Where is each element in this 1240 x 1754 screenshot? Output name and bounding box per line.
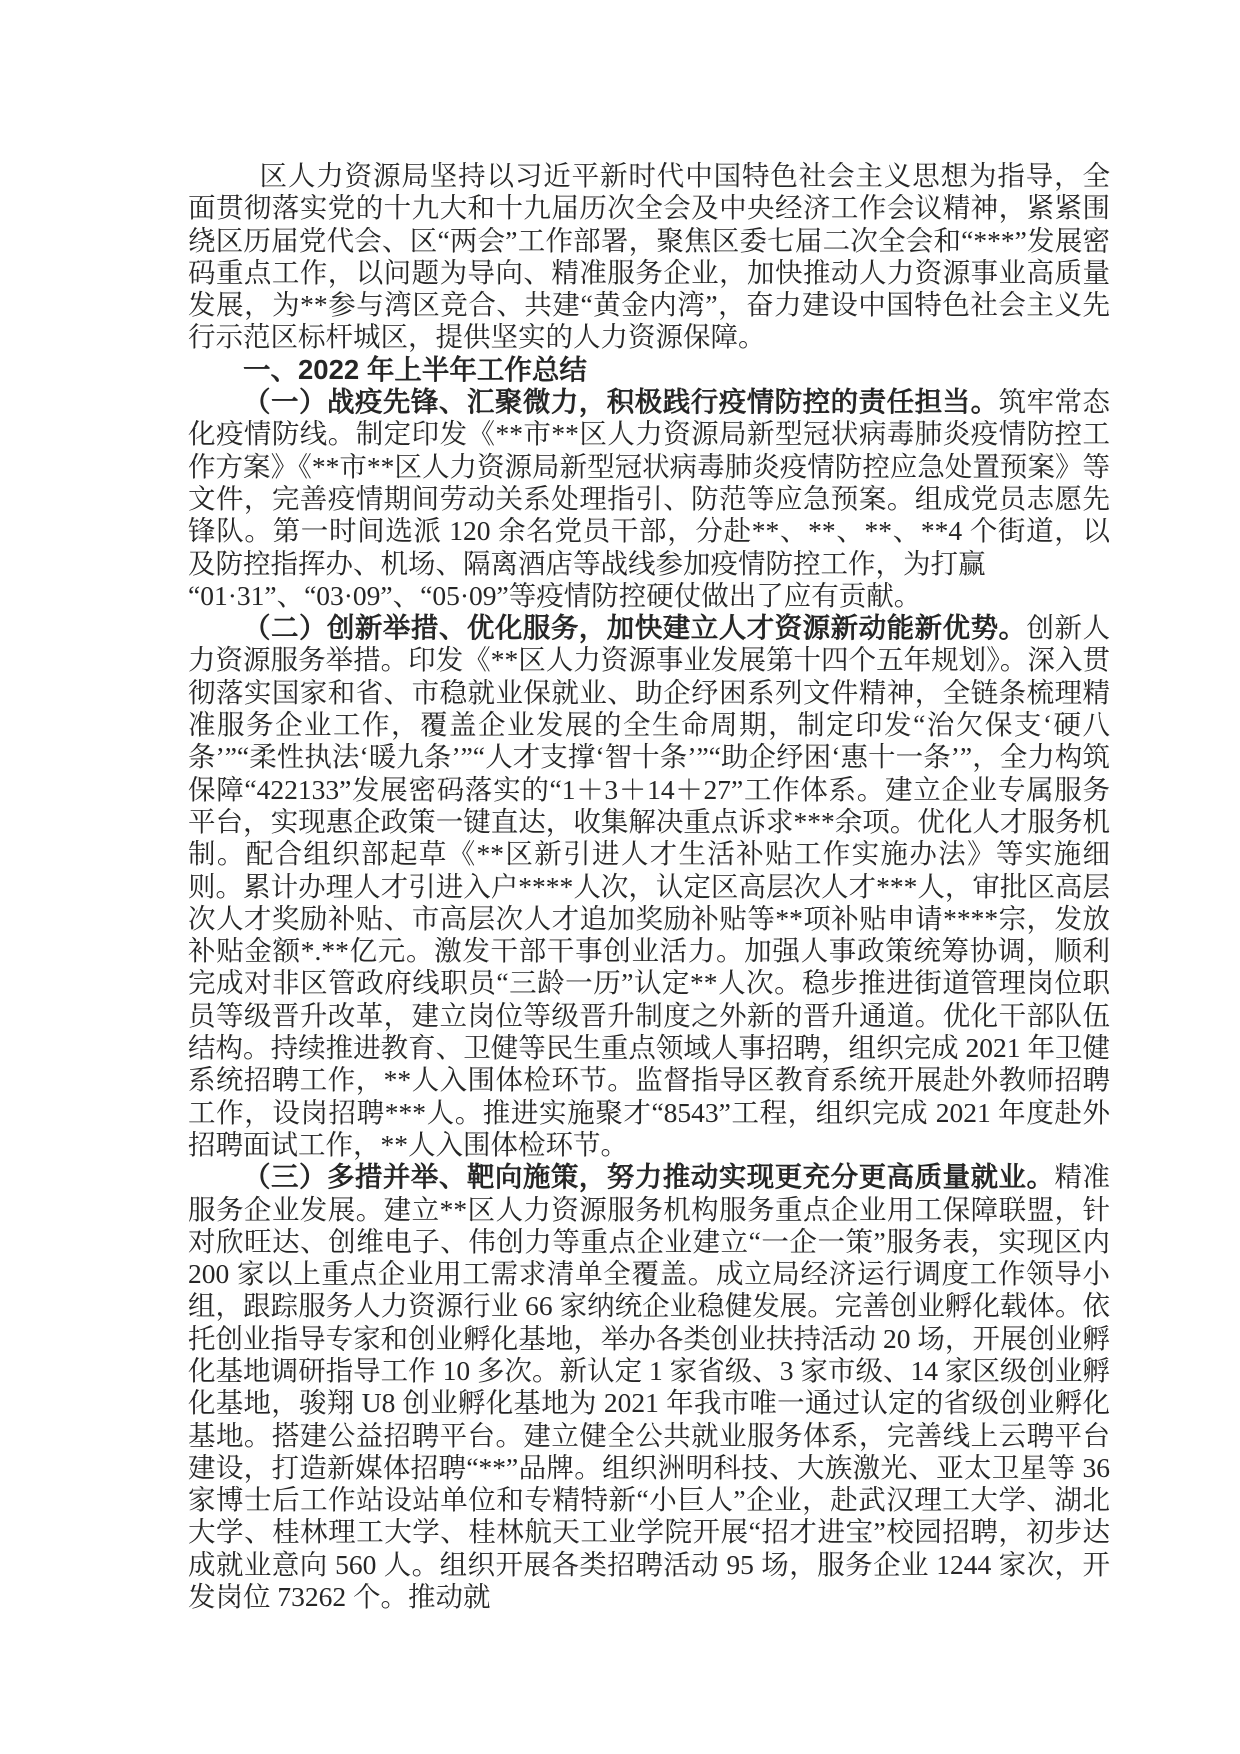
section-2-body: 创新人力资源服务举措。印发《**区人力资源事业发展第十四个五年规划》。深入贯彻落…	[188, 612, 1110, 1160]
section-2-lead: （二）创新举措、优化服务，加快建立人才资源新动能新优势。	[243, 612, 1027, 643]
intro-paragraph: 区人力资源局坚持以习近平新时代中国特色社会主义思想为指导，全面贯彻落实党的十九大…	[188, 160, 1110, 354]
section-heading: 一、2022 年上半年工作总结	[188, 354, 1110, 386]
section-3-body: 精准服务企业发展。建立**区人力资源服务机构服务重点企业用工保障联盟，针对欣旺达…	[188, 1161, 1110, 1612]
section-2-paragraph: （二）创新举措、优化服务，加快建立人才资源新动能新优势。创新人力资源服务举措。印…	[188, 612, 1110, 1161]
section-1-paragraph: （一）战疫先锋、汇聚微力，积极践行疫情防控的责任担当。筑牢常态化疫情防线。制定印…	[188, 386, 1110, 612]
section-3-paragraph: （三）多措并举、靶向施策，努力推动实现更充分更高质量就业。精准服务企业发展。建立…	[188, 1161, 1110, 1613]
section-3-lead: （三）多措并举、靶向施策，努力推动实现更充分更高质量就业。	[243, 1161, 1055, 1192]
section-1-body-after-break: “01·31”、“03·09”、“05·09”等疫情防控硬仗做出了应有贡献。	[188, 580, 921, 611]
document-page: 区人力资源局坚持以习近平新时代中国特色社会主义思想为指导，全面贯彻落实党的十九大…	[188, 160, 1110, 1613]
section-1-lead: （一）战疫先锋、汇聚微力，积极践行疫情防控的责任担当。	[243, 386, 999, 417]
